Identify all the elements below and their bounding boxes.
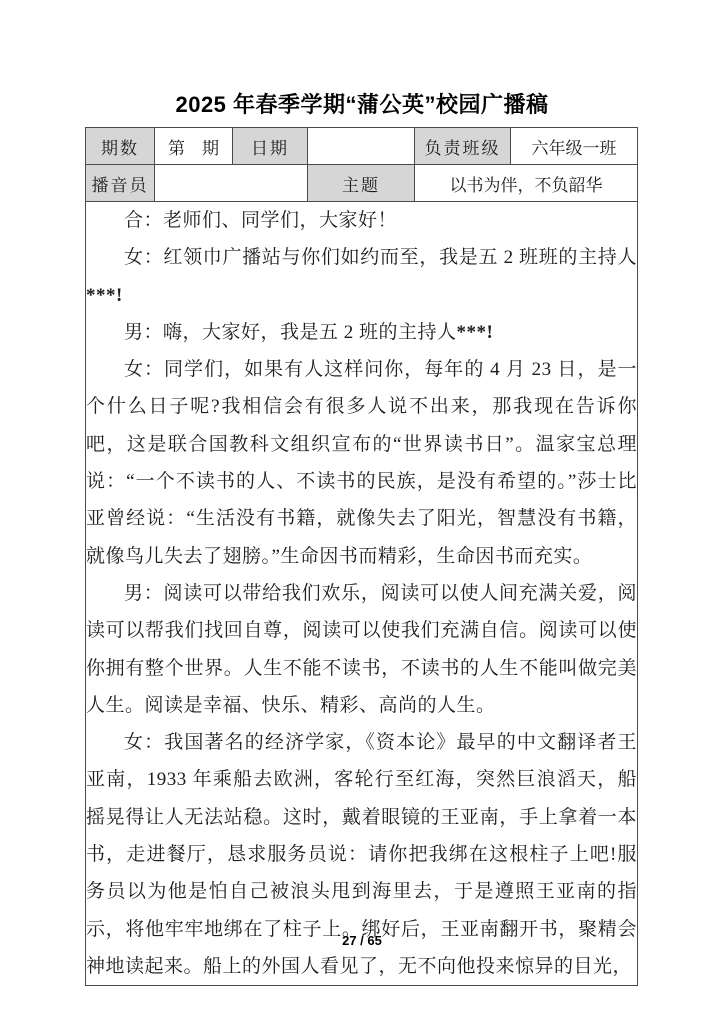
script-paragraph: 女：红领巾广播站与你们如约而至，我是五 2 班班的主持人***! [86,239,637,314]
page-title: 2025 年春季学期“蒲公英”校园广播稿 [0,92,724,118]
info-table-row-1: 期数 第 期 日期 负责班级 六年级一班 [86,128,638,165]
script-paragraph: 合：老师们、同学们，大家好！ [86,202,637,239]
class-value-cell: 六年级一班 [511,128,638,165]
script-body-row: 合：老师们、同学们，大家好！女：红领巾广播站与你们如约而至，我是五 2 班班的主… [86,202,638,986]
class-label-cell: 负责班级 [415,128,511,165]
broadcast-info-table: 期数 第 期 日期 负责班级 六年级一班 播音员 主题 以书为伴，不负韶华 合：… [85,127,638,986]
date-value-cell [308,128,415,165]
announcer-value-cell [155,165,308,202]
page-number: 27 / 65 [0,933,724,948]
topic-label-cell: 主题 [308,165,415,202]
topic-value-cell: 以书为伴，不负韶华 [415,165,638,202]
script-paragraph: 男：阅读可以带给我们欢乐，阅读可以使人间充满关爱，阅读可以帮我们找回自尊，阅读可… [86,575,637,724]
issue-label-cell: 期数 [86,128,155,165]
announcer-label-cell: 播音员 [86,165,155,202]
script-body: 合：老师们、同学们，大家好！女：红领巾广播站与你们如约而至，我是五 2 班班的主… [86,202,638,986]
date-label-cell: 日期 [233,128,308,165]
issue-value-cell: 第 期 [155,128,233,165]
script-paragraph: 男：嗨，大家好，我是五 2 班的主持人***! [86,314,637,351]
script-paragraph: 女：同学们，如果有人这样问你，每年的 4 月 23 日，是一个什么日子呢?我相信… [86,351,637,575]
info-table-row-2: 播音员 主题 以书为伴，不负韶华 [86,165,638,202]
